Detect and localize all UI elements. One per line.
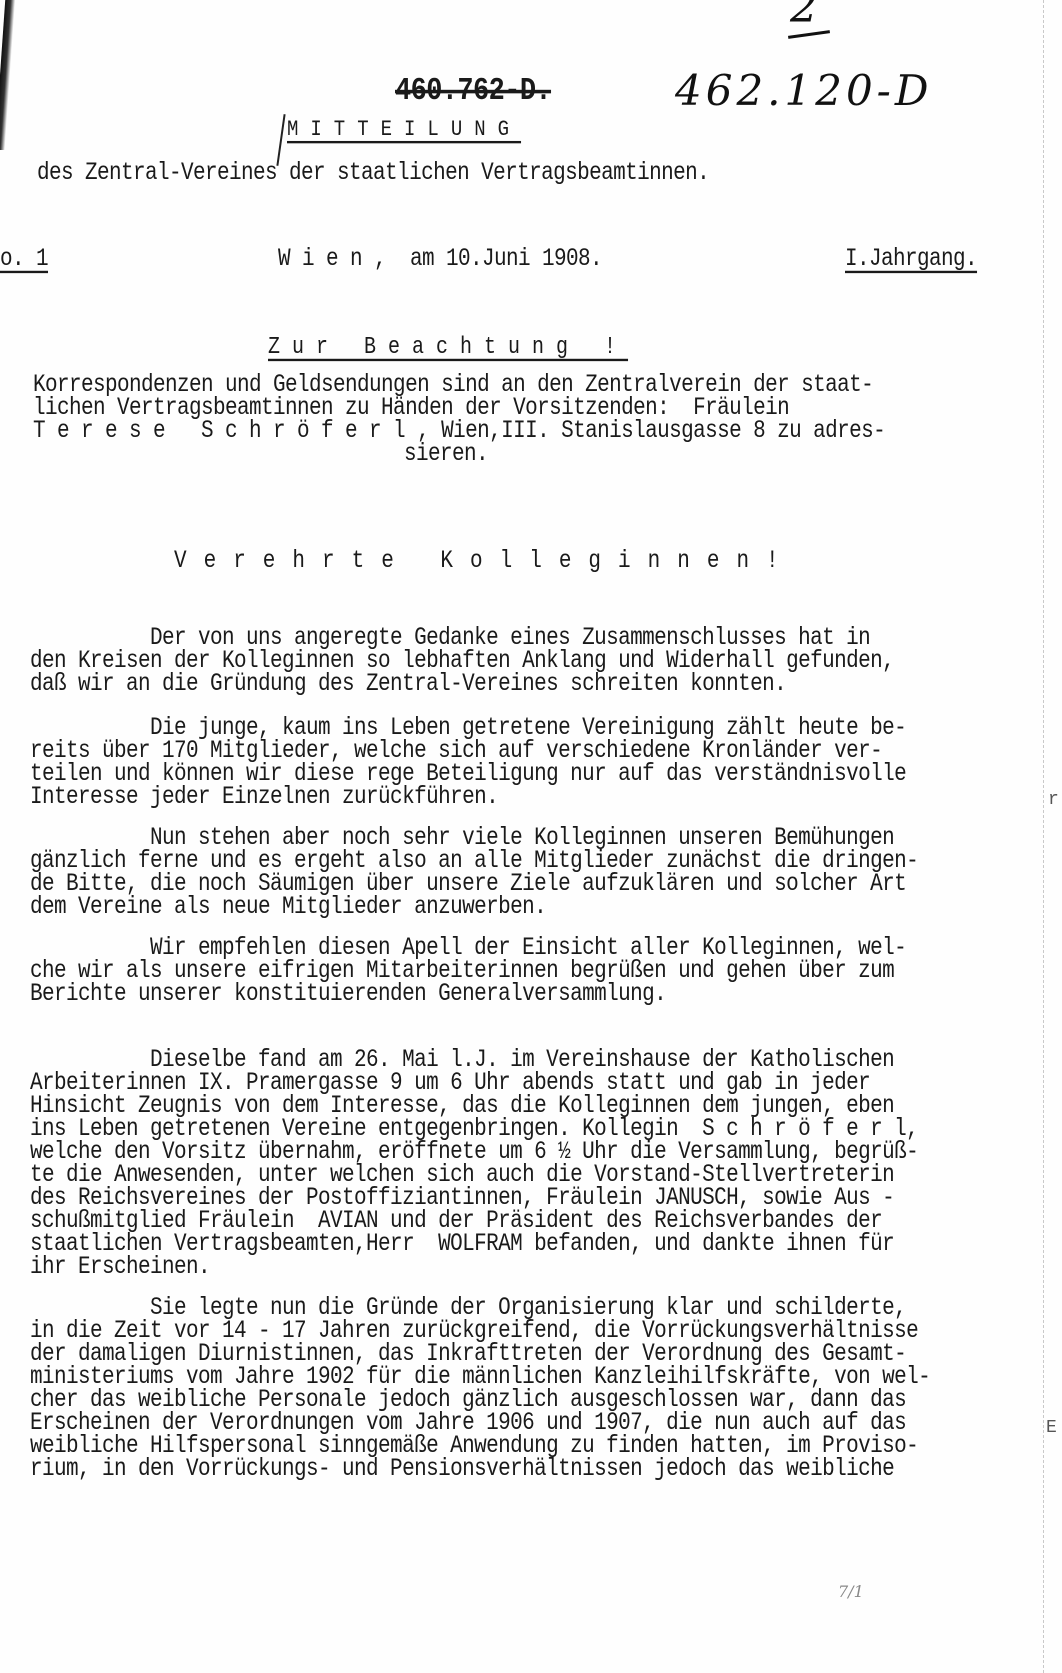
place-and-date: W i e n , am 10.Juni 1908.	[278, 246, 602, 274]
paragraph-line: rium, in den Vorrückungs- und Pensionsve…	[30, 1456, 894, 1484]
document-title: MITTEILUNG	[287, 115, 521, 143]
notice-heading: Zur Beachtung !	[268, 334, 628, 362]
margin-mark: r	[1048, 790, 1059, 810]
salutation: Verehrte Kolleginnen!	[174, 548, 796, 576]
paragraph-line: daß wir an die Gründung des Zentral-Vere…	[30, 671, 786, 699]
issue-number: o. 1	[0, 246, 48, 274]
paragraph-line: dem Vereine als neue Mitglieder anzuwerb…	[30, 894, 546, 922]
footer-pencil-mark: 7/1	[838, 1582, 864, 1601]
scan-edge-left	[0, 0, 15, 150]
notice-line: sieren.	[404, 441, 488, 469]
paragraph-line: ihr Erscheinen.	[30, 1254, 210, 1282]
handwritten-check-mark	[276, 114, 285, 166]
paragraph-line: Berichte unserer konstituierenden Genera…	[30, 981, 666, 1009]
document-page: 2 460.762-D. 462.120-D MITTEILUNG des Ze…	[0, 0, 1062, 1673]
document-subtitle: des Zentral-Vereines der staatlichen Ver…	[37, 160, 709, 188]
old-reference-number: 460.762-D.	[395, 78, 551, 106]
handwritten-top-mark: 2	[790, 0, 818, 33]
scan-edge-right	[1043, 0, 1044, 1673]
volume: I.Jahrgang.	[845, 246, 977, 274]
paragraph-line: Interesse jeder Einzelnen zurückführen.	[30, 784, 498, 812]
margin-mark: E	[1046, 1418, 1057, 1438]
handwritten-reference-number: 462.120-D	[675, 66, 933, 115]
